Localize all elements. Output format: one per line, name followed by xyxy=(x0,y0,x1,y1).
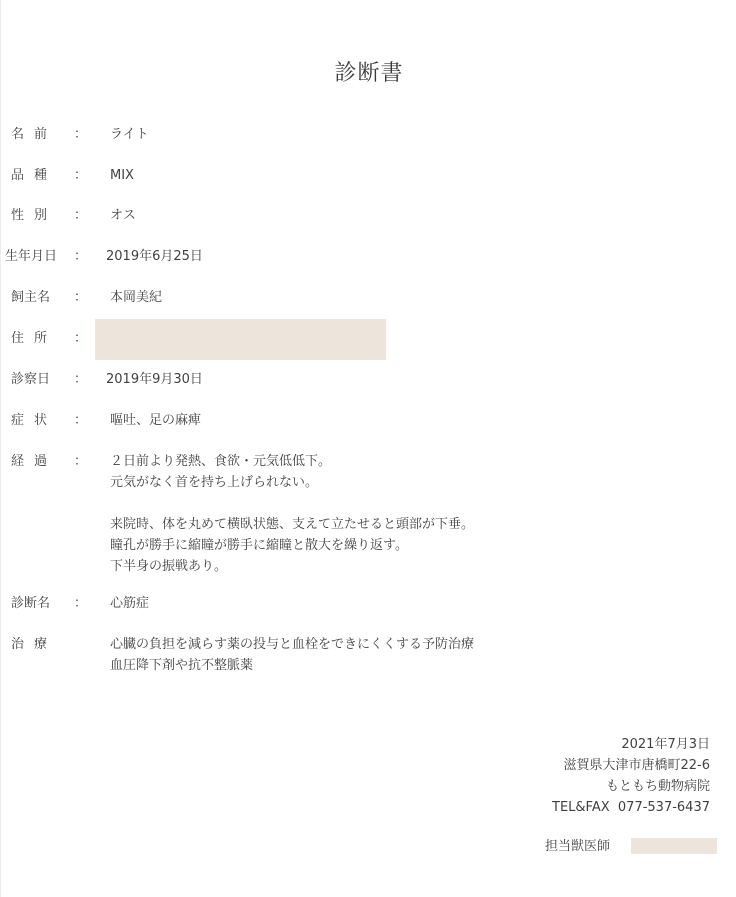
field-value-breed: MIX xyxy=(110,165,134,186)
field-label-exam-date: 診察日 xyxy=(11,369,50,390)
field-value-sex: オス xyxy=(110,205,136,226)
field-colon: ： xyxy=(74,205,87,226)
field-value-progress: ２日前より発熱、食欲・元気低低下。 元気がなく首を持ち上げられない。 来院時、体… xyxy=(110,451,474,577)
progress-line: 瞳孔が勝手に縮瞳が勝手に縮瞳と散大を繰り返す。 xyxy=(110,535,474,556)
field-colon: ： xyxy=(74,165,87,186)
clinic-footer: 2021年7月3日 滋賀県大津市唐橋町22-6 もともち動物病院 TEL&FAX… xyxy=(552,734,710,818)
clinic-address: 滋賀県大津市唐橋町22-6 xyxy=(552,755,710,776)
field-colon: ： xyxy=(74,124,87,145)
treatment-line: 血圧降下剤や抗不整脈薬 xyxy=(110,655,474,676)
progress-line: 来院時、体を丸めて横臥状態、支えて立たせると頭部が下垂。 xyxy=(110,514,474,535)
document-title: 診断書 xyxy=(1,56,736,87)
field-label-name: 名前 xyxy=(11,124,57,145)
field-colon: ： xyxy=(74,369,87,390)
field-colon: ： xyxy=(74,451,87,472)
field-label-birthdate: 生年月日 xyxy=(5,246,57,267)
field-label-symptoms: 症状 xyxy=(11,410,57,431)
field-colon: ： xyxy=(74,287,87,308)
field-colon: ： xyxy=(74,593,87,614)
field-label-address: 住所 xyxy=(11,328,57,349)
issue-date: 2021年7月3日 xyxy=(552,734,710,755)
field-label-treatment: 治療 xyxy=(11,634,57,655)
progress-line: 元気がなく首を持ち上げられない。 xyxy=(110,472,474,493)
field-label-diagnosis: 診断名 xyxy=(11,593,50,614)
clinic-name: もともち動物病院 xyxy=(552,776,710,797)
clinic-tel-fax: TEL&FAX 077-537-6437 xyxy=(552,797,710,818)
field-value-exam-date: 2019年9月30日 xyxy=(106,369,203,390)
field-value-birthdate: 2019年6月25日 xyxy=(106,246,203,267)
field-colon: ： xyxy=(74,328,87,349)
progress-line: ２日前より発熱、食欲・元気低低下。 xyxy=(110,451,474,472)
field-value-owner: 本岡美紀 xyxy=(110,287,162,308)
field-value-name: ライト xyxy=(110,124,149,145)
progress-spacer xyxy=(110,493,474,514)
field-colon: ： xyxy=(74,410,87,431)
field-label-breed: 品種 xyxy=(11,165,57,186)
field-label-sex: 性別 xyxy=(11,205,57,226)
progress-line: 下半身の振戦あり。 xyxy=(110,556,474,577)
diagnosis-certificate-page: 診断書 名前 ： ライト 品種 ： MIX 性別 ： オス 生年月日 ： 201… xyxy=(0,0,736,897)
field-value-treatment: 心臓の負担を減らす薬の投与と血栓をできにくくする予防治療 血圧降下剤や抗不整脈薬 xyxy=(110,634,474,676)
attending-vet-label: 担当獣医師 xyxy=(545,836,610,857)
field-colon: ： xyxy=(74,246,87,267)
field-label-progress: 経過 xyxy=(11,451,57,472)
field-value-symptoms: 嘔吐、足の麻痺 xyxy=(110,410,201,431)
field-value-diagnosis: 心筋症 xyxy=(110,593,149,614)
vet-name-redaction-block xyxy=(631,838,717,854)
field-label-owner: 飼主名 xyxy=(11,287,50,308)
treatment-line: 心臓の負担を減らす薬の投与と血栓をできにくくする予防治療 xyxy=(110,634,474,655)
address-redaction-block xyxy=(95,319,386,360)
